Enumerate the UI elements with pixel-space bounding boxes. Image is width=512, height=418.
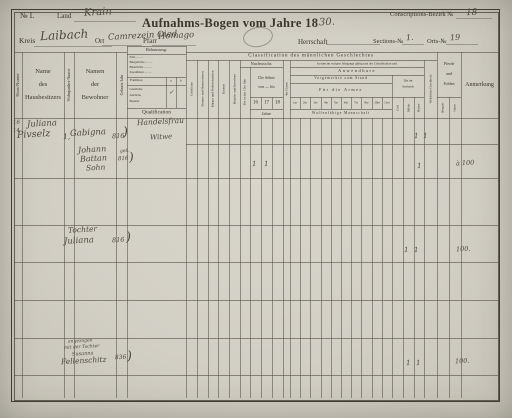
entry1-qualification-2: Witwe xyxy=(150,133,173,141)
section-value: 1. xyxy=(406,34,414,42)
horse-col-label: Hengste xyxy=(442,103,445,113)
grid-vline xyxy=(240,60,241,398)
grid-hline xyxy=(14,225,498,226)
grid-hline xyxy=(290,67,424,68)
grid-vline xyxy=(176,77,177,108)
orts-label: Orts-№ xyxy=(427,39,447,46)
grid-vline xyxy=(361,118,362,398)
grid-hline xyxy=(14,262,498,263)
grid-vline xyxy=(208,60,209,398)
horses-title-3: Fohlen xyxy=(443,82,454,86)
grid-vline xyxy=(321,97,322,109)
army-line1: In dem im vorigen Jahrgange gültig und d… xyxy=(317,62,397,65)
district-value: 18 xyxy=(466,9,478,19)
nachwuchs-title: Nachwuchs xyxy=(251,61,272,66)
class-col-label: Häusler und Inwohner xyxy=(233,74,236,104)
grid-vline xyxy=(310,97,311,109)
entry1-haus-old: 16 xyxy=(13,121,20,127)
conscription-sheet: № I. Land Krain Aufnahms-Bogen vom Jahre… xyxy=(0,0,512,418)
field-rule xyxy=(152,45,196,46)
ausland-col-label: Marine xyxy=(418,103,421,112)
grid-vline xyxy=(361,97,362,109)
familien-mark: ✓ xyxy=(169,90,174,96)
col-residents-2: der xyxy=(91,82,99,89)
grid-vline xyxy=(382,97,383,109)
ausland-col-label: Civil xyxy=(396,104,399,110)
grid-hline xyxy=(14,338,498,339)
grid-vline xyxy=(272,118,273,398)
familien-col-b: b xyxy=(180,79,182,83)
age-col-label: 17 xyxy=(264,101,269,106)
grid-vline xyxy=(272,97,273,109)
grid-vline xyxy=(283,60,284,398)
behausung-row: Edle — — xyxy=(130,56,144,59)
grid-hline xyxy=(127,108,186,109)
grid-vline xyxy=(321,118,322,398)
familien-col-a: a xyxy=(170,79,172,83)
form-title-year: 30. xyxy=(319,18,335,29)
class-col-label: Geistliche xyxy=(190,82,193,96)
grid-hline xyxy=(14,118,498,119)
col-haus-numer: Haus-Numer xyxy=(16,73,21,96)
army-line3: Vorgemerkte zum Stand xyxy=(314,77,368,81)
ausland-title-1: Die im xyxy=(404,79,413,82)
entry2-tally-right: 1 xyxy=(417,163,422,170)
entry6-tally-2: 1 xyxy=(416,360,421,367)
grid-vline xyxy=(310,118,311,398)
grid-vline xyxy=(300,118,301,398)
familien-row: Adeliche xyxy=(130,94,142,97)
familien-header: Familien xyxy=(130,79,142,83)
entry4-line1: Tochter xyxy=(68,225,97,234)
col-residents-1: Namen xyxy=(86,69,105,76)
grid-vline xyxy=(186,46,187,398)
army-col-label: 11te xyxy=(384,101,390,104)
grid-vline xyxy=(392,75,393,398)
grid-vline xyxy=(229,60,230,398)
grid-vline xyxy=(351,97,352,109)
ausland-title-2: Auslande xyxy=(402,85,414,88)
grid-vline xyxy=(197,60,198,398)
army-col-label: 6te xyxy=(344,101,348,104)
grid-hline xyxy=(290,109,392,110)
col-birth-year: Geburts-Jahr xyxy=(120,75,124,96)
grid-vline xyxy=(382,118,383,398)
class-col-label: Beamte und Honoratioren xyxy=(201,71,204,106)
grid-vline xyxy=(341,97,342,109)
grid-vline xyxy=(414,97,415,398)
entry2-tally-age16: 1 xyxy=(252,161,257,168)
field-rule xyxy=(102,45,142,46)
women-col-label: Weibliches Geschlecht xyxy=(429,74,432,103)
pfarr-label: Pfarr xyxy=(143,38,157,45)
grid-hline xyxy=(240,67,283,68)
entry6-remark: 100. xyxy=(455,358,470,365)
behausung-title: Behausung: xyxy=(146,48,167,53)
grid-vline xyxy=(449,97,450,398)
nachwuchs-cell-2: von — bis xyxy=(258,85,275,89)
grid-vline xyxy=(331,118,332,398)
grid-vline xyxy=(261,97,262,109)
army-footer: Waffenfähige Mannschaft xyxy=(312,112,370,116)
col-owner-1: Name xyxy=(35,69,51,76)
grid-hline xyxy=(127,77,186,78)
entry2-remark: à 100 xyxy=(456,160,475,167)
district-label: Conscriptions-Bezirk № xyxy=(390,12,453,19)
army-line4: Für die Armee xyxy=(319,88,363,92)
grid-hline xyxy=(186,144,498,145)
grid-hline xyxy=(250,97,283,98)
horses-title-1: Pferde xyxy=(444,62,454,66)
kreis-label: Kreis xyxy=(19,37,35,45)
grid-vline xyxy=(261,118,262,398)
grid-vline xyxy=(424,60,425,398)
behausung-row: Bäuerliche — — xyxy=(130,66,152,69)
land-value: Krain xyxy=(84,7,112,18)
grid-vline xyxy=(403,97,404,398)
entry4-line2: Juliana xyxy=(64,236,94,246)
col-residents-3: Bewohner xyxy=(82,95,109,102)
army-col-label: 8te xyxy=(364,101,368,104)
class-col-label: Bürger und Professionisten xyxy=(211,71,214,108)
field-rule xyxy=(456,18,492,19)
herrschaft-label: Herrschaft xyxy=(298,39,328,46)
grid-vline xyxy=(351,118,352,398)
nachwuchs-footer: Jahre xyxy=(262,111,272,116)
grid-vline xyxy=(166,77,167,108)
grid-vline xyxy=(372,97,373,109)
behausung-row: Zusammen — — xyxy=(130,71,152,74)
grid-hline xyxy=(127,46,186,47)
army-col-label: 10te xyxy=(374,101,380,104)
entry6-tally-1: 1 xyxy=(406,360,411,367)
field-rule xyxy=(402,44,424,45)
col-party-numer: Wohnparthei-Numer xyxy=(67,69,71,102)
army-line2: Anwendbare xyxy=(338,69,376,74)
grid-vline xyxy=(341,118,342,398)
age-col-label: 18 xyxy=(275,101,280,106)
army-col-label: 5te xyxy=(334,101,338,104)
horses-title-2: und xyxy=(446,72,452,76)
col-owner-3: Hausbesitzers xyxy=(25,95,61,102)
grid-hline xyxy=(186,52,498,53)
entry2-brace: ) xyxy=(129,151,134,163)
field-rule xyxy=(446,44,478,45)
field-rule xyxy=(326,44,380,45)
qualification-label: Qualification xyxy=(142,110,171,116)
army-col-label: 2te xyxy=(303,101,307,104)
behausung-row: Bürgerliche — — xyxy=(130,61,153,64)
nachwuchs-cell-1: Die Söhne xyxy=(258,76,275,80)
grid-hline xyxy=(14,375,498,376)
army-col-label: 3te xyxy=(313,101,317,104)
grid-hline xyxy=(250,109,283,110)
grid-vline xyxy=(250,67,251,398)
form-title: Aufnahms-Bogen vom Jahre 18 xyxy=(142,17,318,30)
grid-vline xyxy=(372,118,373,398)
grid-vline xyxy=(331,97,332,109)
mid-col-label: 4te Classe xyxy=(285,82,288,96)
entry2-line3: Sohn xyxy=(86,163,106,172)
age-col-label: 16 xyxy=(253,101,258,106)
grid-hline xyxy=(290,75,424,76)
classification-title: Classification des männlichen Geschlecht… xyxy=(248,54,373,59)
pfarr-value: Homago xyxy=(158,31,195,41)
entry4-tally-1: 1 xyxy=(404,247,409,254)
ausland-col-label: Militär xyxy=(407,103,410,111)
grid-hline xyxy=(127,85,186,86)
grid-hline xyxy=(290,83,392,84)
familien-row: Beamte xyxy=(130,100,140,103)
ort-label: Ort xyxy=(95,38,104,45)
grid-vline xyxy=(290,60,291,398)
familien-row: Geistliche xyxy=(130,88,143,91)
grid-hline xyxy=(14,52,127,53)
grid-hline xyxy=(290,97,424,98)
sheet-number: № I. xyxy=(20,12,34,20)
anmerkung-label: Anmerkung xyxy=(465,82,494,88)
entry4-remark: 100. xyxy=(456,246,471,253)
nachwuchs-side-col: Bis in das 15te Jahr xyxy=(243,79,246,106)
class-col-label: Bauern xyxy=(222,84,225,94)
orts-value: 19 xyxy=(450,34,461,43)
grid-vline xyxy=(300,97,301,109)
entry1-resident: Gabigna xyxy=(70,128,106,138)
entry4-birth-year: 816 xyxy=(112,237,125,244)
grid-hline xyxy=(186,60,437,61)
entry2-tally-age17: 1 xyxy=(264,161,269,168)
kreis-value: Laibach xyxy=(40,28,89,43)
army-col-label: 1te xyxy=(293,101,297,104)
field-rule xyxy=(34,46,112,47)
col-owner-2: des xyxy=(39,82,48,89)
grid-vline xyxy=(127,46,128,398)
grid-vline xyxy=(218,60,219,398)
army-col-label: 4te xyxy=(324,101,328,104)
field-rule xyxy=(74,21,136,22)
army-col-label: 7te xyxy=(354,101,358,104)
grid-hline xyxy=(14,178,498,179)
grid-hline xyxy=(437,97,461,98)
land-label: Land xyxy=(57,13,71,20)
horse-col-label: Stuten xyxy=(454,104,457,112)
grid-hline xyxy=(14,300,498,301)
